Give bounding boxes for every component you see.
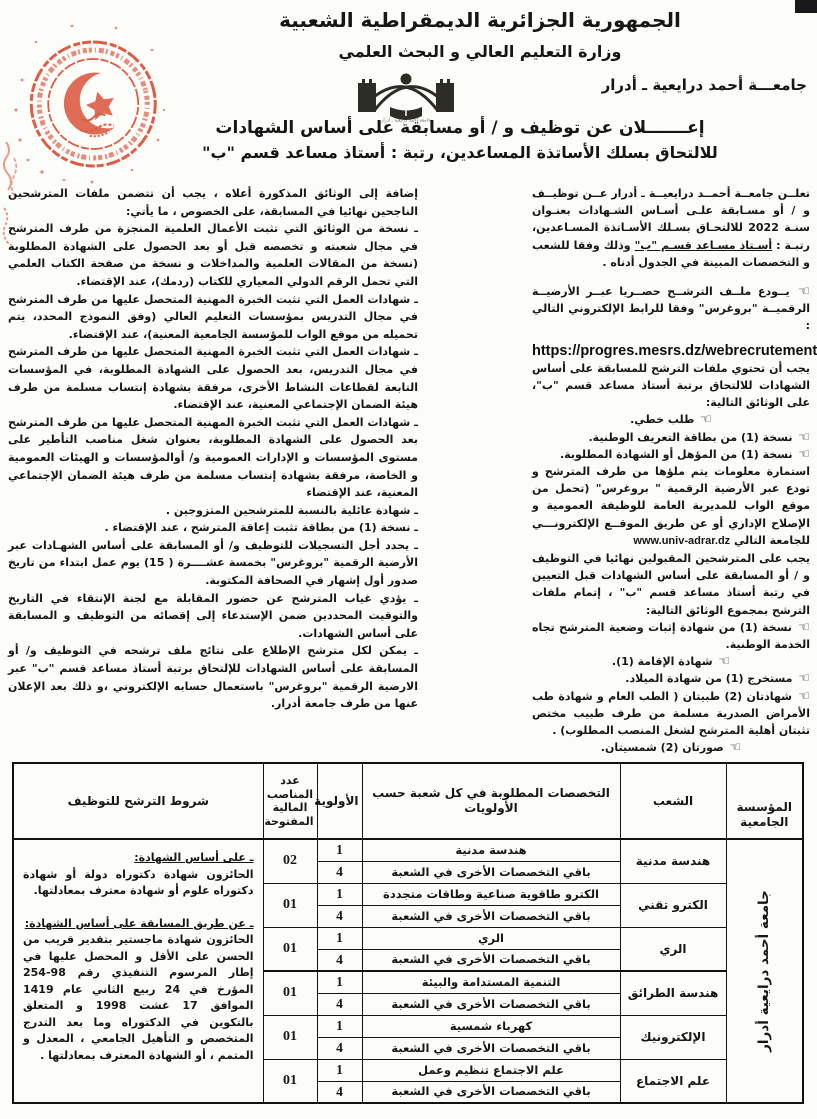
positions-count-cell: 01 bbox=[263, 927, 317, 971]
paragraph: ـ شهادات العمل التي تثبت الخبرة المهنية … bbox=[8, 343, 418, 413]
specialty-cell: كهرباء شمسية bbox=[362, 1015, 620, 1037]
priority-cell: 4 bbox=[317, 1037, 362, 1059]
right-text-column: تعلــن جامعــة أحمــد درايعيــة ـ أدرار … bbox=[532, 185, 810, 757]
announcement-title-line2: للالتحاق بسلك الأساتذة المساعدين، رتبة :… bbox=[110, 143, 810, 162]
branch-cell: الإلكترونيك bbox=[620, 1015, 726, 1059]
pointer-icon: ☜ bbox=[796, 671, 810, 686]
form-note: استمارة معلومات يتم ملؤها من طرف المترشح… bbox=[532, 463, 810, 550]
header-priority: الأولوية bbox=[317, 763, 362, 839]
pointer-icon: ☜ bbox=[796, 620, 810, 635]
priority-cell: 4 bbox=[317, 905, 362, 927]
final-intro: يجب على المترشحين المقبولين نهائيا في ال… bbox=[532, 550, 810, 619]
scanned-announcement-page: الجمهورية الجزائرية الديمقراطية الشعبية … bbox=[0, 0, 817, 1119]
doc-item: ☜ نسخة (1) من المؤهل أو الشهادة المطلوبة… bbox=[532, 446, 810, 463]
priority-cell: 1 bbox=[317, 971, 362, 993]
priority-cell: 4 bbox=[317, 949, 362, 971]
paragraph: ـ يمكن لكل مترشح الإطلاع على نتائج ملف ت… bbox=[8, 642, 418, 712]
priority-cell: 4 bbox=[317, 993, 362, 1015]
announcement-title-line1: إعـــــــلان عن توظيف و / أو مسابقة على … bbox=[110, 118, 810, 138]
final-doc-item: ☜ شهادة الإقامة (1). bbox=[532, 653, 810, 670]
specialty-cell: باقي التخصصات الأخرى في الشعبة bbox=[362, 861, 620, 883]
positions-table: المؤسسة الجامعية الشعب التخصصات المطلوبة… bbox=[12, 762, 804, 1104]
positions-count-cell: 01 bbox=[263, 883, 317, 927]
specialty-cell: الري bbox=[362, 927, 620, 949]
header-conditions: شروط الترشح للتوظيف bbox=[13, 763, 263, 839]
positions-count-cell: 01 bbox=[263, 971, 317, 1015]
pointer-icon: ☜ bbox=[728, 740, 742, 755]
paragraph: ـ يحدد أجل التسجيلات للتوظيف و/ أو المسا… bbox=[8, 537, 418, 590]
specialty-cell: التنمية المستدامة والبيئة bbox=[362, 971, 620, 993]
paragraph: ـ شهادات العمل التي تثبت الخبرة المهنية … bbox=[8, 291, 418, 344]
priority-cell: 4 bbox=[317, 861, 362, 883]
condition-text: الحائزون شهادة دكتوراه دولة أو شهادة دكت… bbox=[23, 867, 254, 900]
condition-heading: ـ على أساس الشهادة: bbox=[23, 850, 254, 867]
docs-intro: يجب أن تحتوي ملفات الترشح للمسابقة على أ… bbox=[532, 360, 810, 412]
branch-cell: علم الاجتماع bbox=[620, 1059, 726, 1103]
doc-item: ☜ طلب خطي. bbox=[532, 411, 810, 428]
priority-cell: 1 bbox=[317, 927, 362, 949]
specialty-cell: الكترو طاقوية صناعية وطاقات متجددة bbox=[362, 883, 620, 905]
specialty-cell: باقي التخصصات الأخرى في الشعبة bbox=[362, 1081, 620, 1103]
deposit-note: ☜ يــودع ملــف الترشــح حصــريا عبــر ال… bbox=[532, 283, 810, 335]
branch-cell: هندسة الطرائق bbox=[620, 971, 726, 1015]
header-institution: المؤسسة الجامعية bbox=[726, 763, 803, 839]
ministry-title: وزارة التعليم العالي و البحث العلمي bbox=[140, 42, 817, 61]
table-header-row: المؤسسة الجامعية الشعب التخصصات المطلوبة… bbox=[13, 763, 803, 839]
condition-text: الحائزون شهادة ماجستير بتقدير قريب من ال… bbox=[23, 932, 254, 1064]
left-text-column: إضافة إلى الوثائق المذكورة أعلاه ، يجب أ… bbox=[8, 185, 418, 713]
priority-cell: 4 bbox=[317, 1081, 362, 1103]
institution-cell: جامعة أحمد درايعية أدرار bbox=[726, 839, 803, 1103]
positions-count-cell: 02 bbox=[263, 839, 317, 883]
paragraph: ـ نسخة من الوثائق التي تثبت الأعمال العل… bbox=[8, 220, 418, 290]
priority-cell: 1 bbox=[317, 1059, 362, 1081]
final-doc-item: ☜ نسخة (1) من شهادة إثبات وضعية المترشح … bbox=[532, 619, 810, 653]
branch-cell: الري bbox=[620, 927, 726, 971]
positions-count-cell: 01 bbox=[263, 1015, 317, 1059]
doc-item: ☜ نسخة (1) من بطاقة التعريف الوطنية. bbox=[532, 429, 810, 446]
conditions-cell: ـ على أساس الشهادة: الحائزون شهادة دكتور… bbox=[13, 839, 263, 1103]
university-name: جامعـــة أحمد درايعية ـ أدرار bbox=[602, 76, 807, 94]
condition-heading: ـ عن طريق المسابقة على أساس الشهادة: bbox=[23, 916, 254, 933]
paragraph: ـ يؤدي غياب المترشح عن حضور المقابلة مع … bbox=[8, 590, 418, 643]
specialty-cell: باقي التخصصات الأخرى في الشعبة bbox=[362, 993, 620, 1015]
header-branch: الشعب bbox=[620, 763, 726, 839]
university-website-url: www.univ-adrar.dz bbox=[633, 535, 730, 547]
priority-cell: 1 bbox=[317, 883, 362, 905]
pointer-icon: ☜ bbox=[698, 412, 712, 427]
positions-count-cell: 01 bbox=[263, 1059, 317, 1103]
paragraph: إضافة إلى الوثائق المذكورة أعلاه ، يجب أ… bbox=[8, 185, 418, 220]
pointer-icon: ☜ bbox=[796, 447, 810, 462]
paragraph: ـ شهادات العمل التي تثبت الخبرة المهنية … bbox=[8, 414, 418, 502]
intro-paragraph: تعلــن جامعــة أحمــد درايعيــة ـ أدرار … bbox=[532, 185, 810, 271]
priority-cell: 1 bbox=[317, 839, 362, 861]
final-doc-item: ☜ صورتان (2) شمسيتان. bbox=[532, 739, 810, 756]
republic-title: الجمهورية الجزائرية الديمقراطية الشعبية bbox=[140, 8, 817, 32]
table-row: جامعة أحمد درايعية أدرار هندسة مدنية هند… bbox=[13, 839, 803, 861]
specialty-cell: علم الاجتماع تنظيم وعمل bbox=[362, 1059, 620, 1081]
specialty-cell: باقي التخصصات الأخرى في الشعبة bbox=[362, 1037, 620, 1059]
paragraph: ـ نسخة (1) من بطاقة تثبت إعاقة المترشح ،… bbox=[8, 519, 418, 537]
header-positions: عدد المناصب المالية المفتوحة bbox=[263, 763, 317, 839]
underlined-rank: أسـتاذ مسـاعد قسـم "ب" bbox=[635, 239, 773, 252]
header-specialties: التخصصات المطلوبة في كل شعبة حسب الأولوي… bbox=[362, 763, 620, 839]
branch-cell: الكترو تقني bbox=[620, 883, 726, 927]
branch-cell: هندسة مدنية bbox=[620, 839, 726, 883]
specialty-cell: باقي التخصصات الأخرى في الشعبة bbox=[362, 949, 620, 971]
priority-cell: 1 bbox=[317, 1015, 362, 1037]
pointer-icon: ☜ bbox=[716, 654, 730, 669]
final-doc-item: ☜ شهادتان (2) طبيتان ( الطب العام و شهاد… bbox=[532, 688, 810, 740]
specialty-cell: هندسة مدنية bbox=[362, 839, 620, 861]
specialty-cell: باقي التخصصات الأخرى في الشعبة bbox=[362, 905, 620, 927]
progres-url: https://progres.mesrs.dz/webrecrutement bbox=[532, 343, 810, 360]
pointer-icon: ☜ bbox=[796, 284, 810, 299]
pointer-icon: ☜ bbox=[796, 689, 810, 704]
institution-vertical-label: جامعة أحمد درايعية أدرار bbox=[756, 841, 772, 1101]
final-doc-item: ☜ مستخرج (1) من شهادة الميلاد. bbox=[532, 670, 810, 687]
paragraph: ـ شهادة عائلية بالنسبة للمترشحين المتزوج… bbox=[8, 502, 418, 520]
pointer-icon: ☜ bbox=[796, 430, 810, 445]
